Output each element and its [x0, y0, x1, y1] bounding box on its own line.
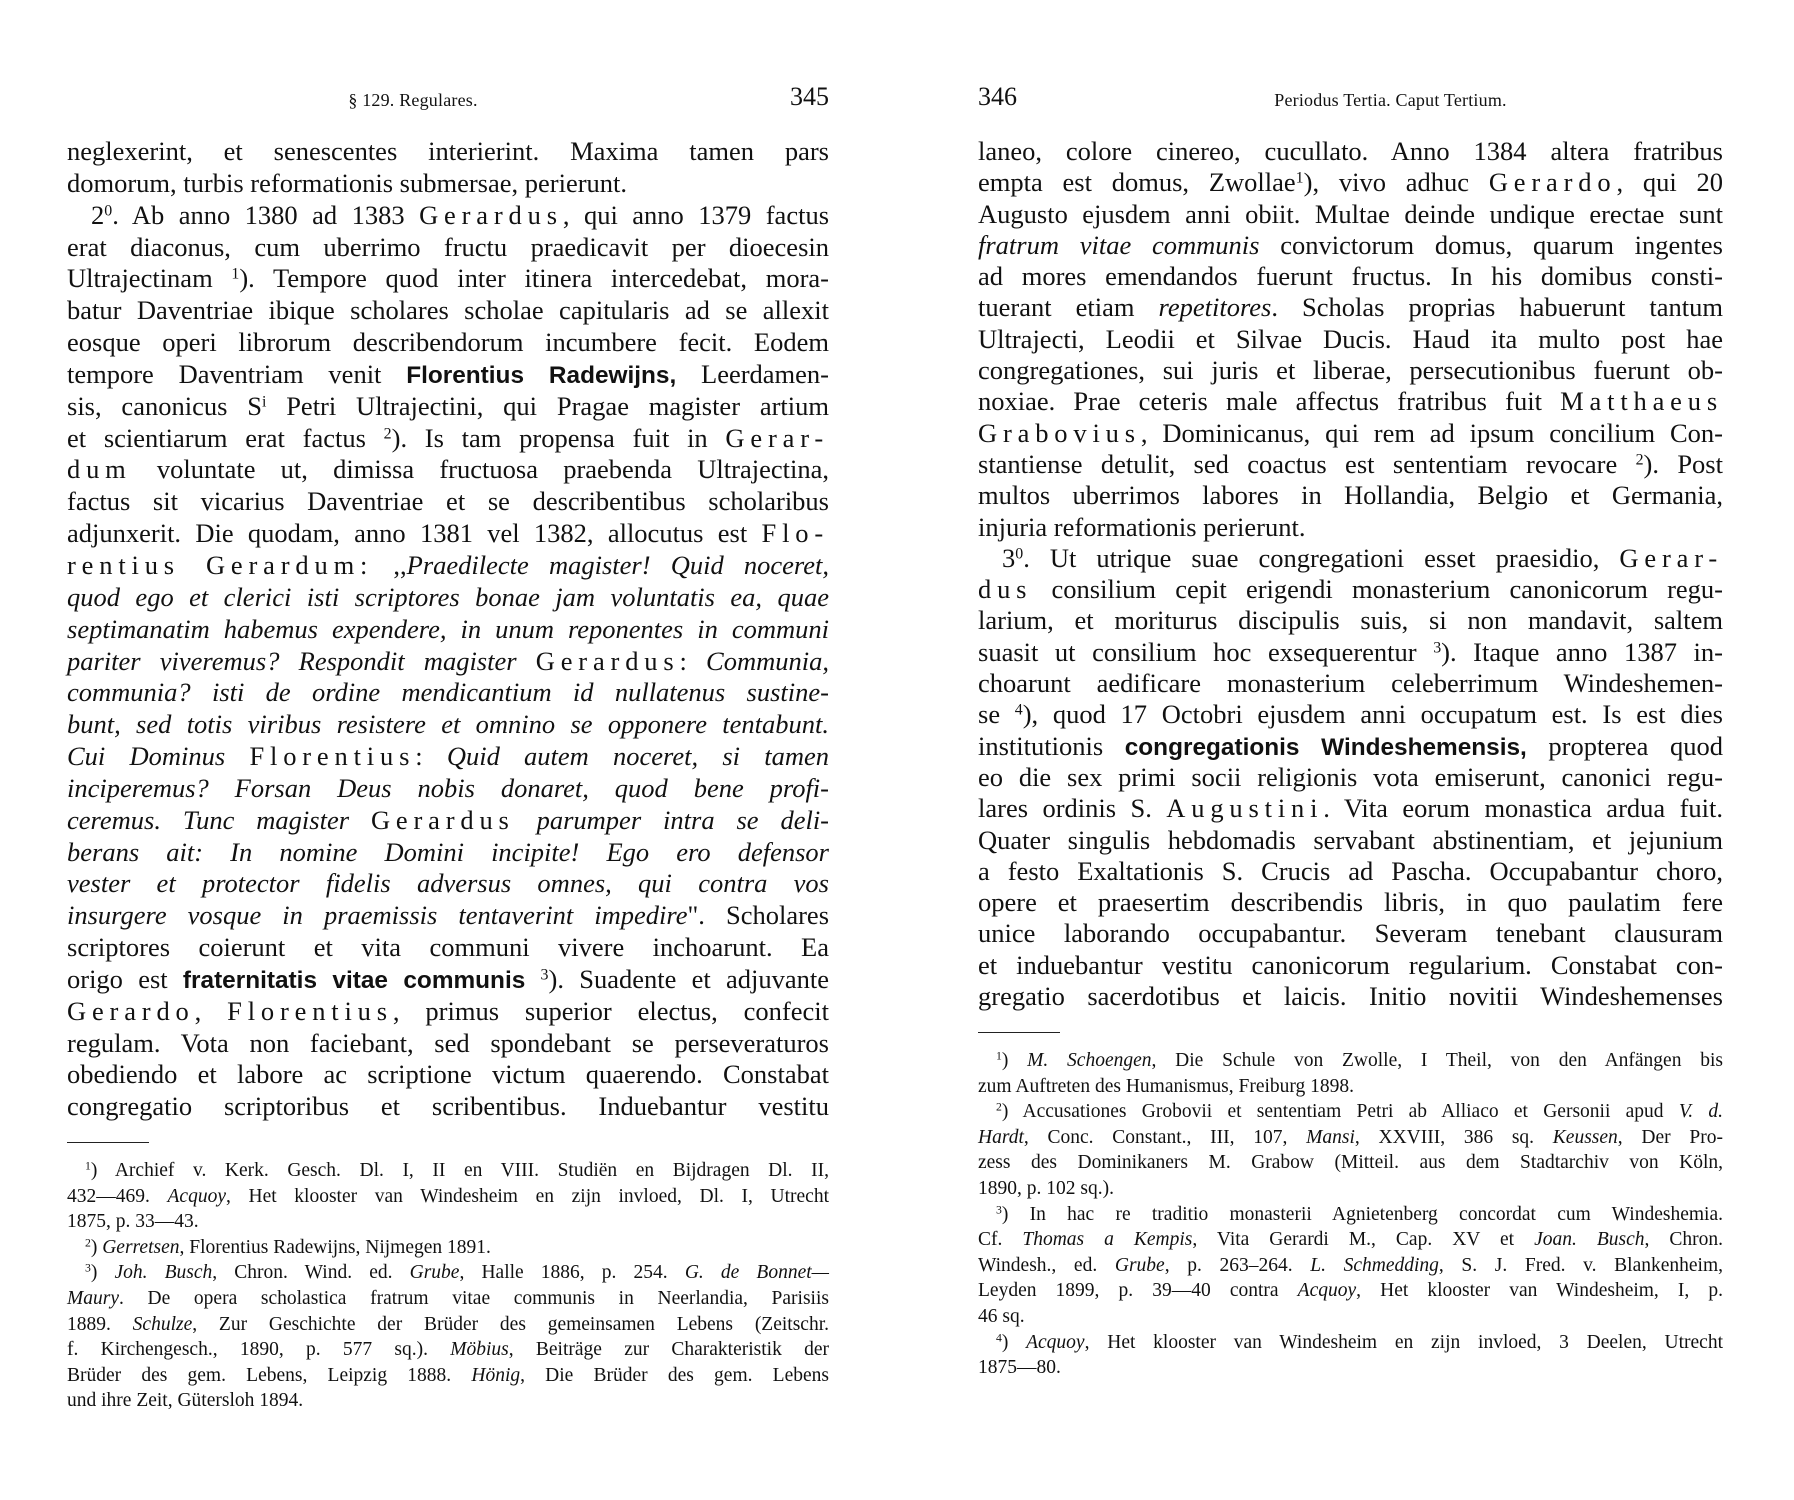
text-line: 1) Archief v. Kerk. Gesch. Dl. I, II en … — [67, 1158, 829, 1184]
text-run: unice laborando occupabantur. Severam te… — [978, 918, 1723, 948]
text-run: voluntate ut, dimissa fructuosa praebend… — [132, 454, 829, 484]
footnote-rule — [67, 1142, 149, 1143]
text-line: 30. Ut utrique suae congregationi esset … — [978, 543, 1723, 574]
text-run: parumper intra se deli- — [515, 805, 829, 835]
text-line: adjunxerit. Die quodam, anno 1381 vel 13… — [67, 518, 829, 550]
text-run: laneo, colore cinereo, cucullato. Anno 1… — [978, 136, 1723, 166]
text-run: Joh. Busch — [114, 1262, 212, 1283]
text-run: insurgere vosque in praemissis tentaveri… — [67, 900, 687, 930]
text-line: congregationes, sui juris et liberae, pe… — [978, 355, 1723, 386]
body-text: neglexerint, et senescentes interierint.… — [67, 136, 829, 1123]
text-run: Gerardus — [371, 805, 515, 835]
text-run: 1875, p. 33—43. — [67, 1211, 199, 1232]
text-run: , qui anno 1379 factus — [563, 200, 829, 230]
text-run: Florentius — [227, 996, 393, 1026]
text-run: 1875—80. — [978, 1357, 1061, 1378]
text-line: zess des Dominikaners M. Grabow (Mitteil… — [978, 1150, 1723, 1176]
text-run: , Het klooster van Windesheim en zijn in… — [1085, 1332, 1723, 1353]
text-run: ceremus. Tunc magister — [67, 805, 371, 835]
text-line: erat diaconus, cum uberrimo fructu praed… — [67, 232, 829, 264]
text-run: suasit ut consilium hoc exsequerentur — [978, 637, 1433, 667]
text-run: , Chron. Wind. ed. — [212, 1262, 409, 1283]
text-line: Ultrajecti, Leodii et Silvae Ducis. Haud… — [978, 324, 1723, 355]
footnote-marker: 4 — [1015, 702, 1023, 719]
text-line: Maury. De opera scholastica fratrum vita… — [67, 1286, 829, 1312]
text-run: L. Schmedding — [1310, 1255, 1439, 1276]
text-run: , Halle 1886, p. 254. — [459, 1262, 684, 1283]
text-line: Quater singulis hebdomadis servabant abs… — [978, 825, 1723, 856]
text-run: multos uberrimos labores in Hollandia, B… — [978, 480, 1723, 510]
text-run: ) — [1002, 1050, 1027, 1071]
text-line: Augusto ejusdem anni obiit. Multae deind… — [978, 199, 1723, 230]
text-run: , XXVIII, 386 sq. — [1355, 1127, 1553, 1148]
text-run: ) Archief v. Kerk. Gesch. Dl. I, II en V… — [91, 1160, 829, 1181]
text-run: , Conc. Constant., III, 107, — [1024, 1127, 1306, 1148]
text-run — [525, 964, 540, 994]
text-run: ) — [1002, 1332, 1026, 1353]
text-run: factus sit vicarius Daventriae et se des… — [67, 486, 829, 516]
footnote-marker: 1 — [1296, 170, 1304, 187]
text-line: septimanatim habemus expendere, in unum … — [67, 614, 829, 646]
footnote-marker: 3 — [541, 966, 549, 983]
text-run: Cf. — [978, 1229, 1022, 1250]
text-line: ceremus. Tunc magister Gerardus parumper… — [67, 805, 829, 837]
text-run: . Ab anno 1380 ad 1383 — [112, 200, 419, 230]
text-run: : — [680, 646, 707, 676]
text-run: neglexerint, et senescentes interierint.… — [67, 136, 829, 166]
text-run: communia? isti de ordine mendicantium id… — [67, 677, 829, 707]
text-run: consilium cepit erigendi monasterium can… — [1032, 574, 1723, 604]
page-number: 345 — [790, 82, 829, 112]
text-run: . Ut utrique suae congregationi esset pr… — [1023, 543, 1619, 573]
text-run: Grube — [410, 1262, 460, 1283]
text-run: Grube — [1115, 1255, 1165, 1276]
text-run: 432—469. — [67, 1186, 168, 1207]
text-run: quod ego et clerici isti scriptores bona… — [67, 582, 829, 612]
text-run: . De opera scholastica fratrum vitae com… — [119, 1288, 829, 1309]
text-line: et scientiarum erat factus 2). Is tam pr… — [67, 423, 829, 455]
text-line: communia? isti de ordine mendicantium id… — [67, 677, 829, 709]
text-run: dus — [978, 574, 1032, 604]
text-run: Quid autem noceret, si tamen — [447, 741, 829, 771]
text-line: 20. Ab anno 1380 ad 1383 Gerardus, qui a… — [67, 200, 829, 232]
text-run: eosque operi librorum describendorum inc… — [67, 327, 829, 357]
text-run: propterea quod — [1527, 731, 1723, 761]
text-run: Cui Dominus — [67, 741, 249, 771]
text-run: ). Suadente et adjuvante — [549, 964, 830, 994]
text-line: Cui Dominus Florentius: Quid autem nocer… — [67, 741, 829, 773]
text-run: adjunxerit. Die quodam, anno 1381 vel 13… — [67, 518, 762, 548]
text-line: bunt, sed totis viribus resistere et omn… — [67, 709, 829, 741]
text-run: ) — [91, 1237, 102, 1258]
text-run: a festo Exaltationis S. Crucis ad Pascha… — [978, 856, 1723, 886]
text-run: noxiae. Prae ceteris male affectus fratr… — [978, 386, 1560, 416]
footnote-marker: 3 — [1433, 639, 1441, 656]
text-run: Augustini — [1166, 793, 1323, 823]
text-run: 1890, p. 102 sq.). — [978, 1178, 1114, 1199]
footnote-marker: 2 — [1636, 451, 1644, 468]
text-run: Thomas a Kempis — [1022, 1229, 1192, 1250]
text-run: , qui 20 — [1616, 167, 1723, 197]
text-line: Grabovius, Dominicanus, qui rem ad ipsum… — [978, 418, 1723, 449]
text-line: 3) Joh. Busch, Chron. Wind. ed. Grube, H… — [67, 1260, 829, 1286]
text-run: stantiense detulit, sed coactus est sent… — [978, 449, 1636, 479]
text-line: stantiense detulit, sed coactus est sent… — [978, 449, 1723, 480]
text-run: , p. 263–264. — [1165, 1255, 1311, 1276]
text-run: Hönig — [471, 1365, 520, 1386]
text-line: insurgere vosque in praemissis tentaveri… — [67, 900, 829, 932]
text-run: obediendo et labore ac scriptione victum… — [67, 1059, 829, 1089]
text-run: ). Tempore quod inter itinera intercedeb… — [239, 263, 829, 293]
text-run: ) Accusationes Grobovii et sententiam Pe… — [1002, 1101, 1679, 1122]
text-run: V. d. — [1679, 1101, 1723, 1122]
text-line: domorum, turbis reformationis submersae,… — [67, 168, 829, 200]
text-run: Gerretsen — [102, 1237, 179, 1258]
text-line: quod ego et clerici isti scriptores bona… — [67, 582, 829, 614]
text-run: scriptores coierunt et vita communi vive… — [67, 932, 829, 962]
text-run: tempore Daventriam venit — [67, 359, 406, 389]
text-run: Communia, — [706, 646, 829, 676]
text-line: dus consilium cepit erigendi monasterium… — [978, 574, 1723, 605]
text-run: tuerant etiam — [978, 292, 1159, 322]
text-run: , Het klooster van Windesheim, I, p. — [1356, 1280, 1723, 1301]
text-run: Augusto ejusdem anni obiit. Multae deind… — [978, 199, 1723, 229]
text-run: injuria reformationis perierunt. — [978, 512, 1305, 542]
text-run: . Scholas proprias habuerunt tantum — [1271, 292, 1723, 322]
text-run: ), vivo adhuc — [1304, 167, 1489, 197]
text-line: 432—469. Acquoy, Het klooster van Windes… — [67, 1184, 829, 1210]
text-run: , primus superior electus, confecit — [393, 996, 829, 1026]
text-run: batur Daventriae ibique scholares schola… — [67, 295, 829, 325]
text-run: , Dominicanus, qui rem ad ipsum conciliu… — [1141, 418, 1723, 448]
text-run: ) In hac re traditio monasterii Agnieten… — [1002, 1204, 1723, 1225]
text-run: , Zur Geschichte der Brüder des gemeinsa… — [192, 1314, 829, 1335]
text-line: sis, canonicus Si Petri Ultrajectini, qu… — [67, 391, 829, 423]
text-run: 3 — [1002, 543, 1015, 573]
text-line: pariter viveremus? Respondit magister Ge… — [67, 646, 829, 678]
text-line: 2) Accusationes Grobovii et sententiam P… — [978, 1099, 1723, 1125]
text-line: 46 sq. — [978, 1304, 1723, 1330]
text-run: f. Kirchengesch., 1890, p. 577 sq.). — [67, 1339, 450, 1360]
text-run: Hardt — [978, 1127, 1024, 1148]
footnote-rule — [978, 1032, 1060, 1033]
text-run: institutionis — [978, 731, 1125, 761]
text-line: suasit ut consilium hoc exsequerentur 3)… — [978, 637, 1723, 668]
text-run: zum Auftreten des Humanismus, Freiburg 1… — [978, 1076, 1354, 1097]
text-line: eo die sex primi socii religionis vota e… — [978, 762, 1723, 793]
text-line: Windesh., ed. Grube, p. 263–264. L. Schm… — [978, 1253, 1723, 1279]
text-line: eosque operi librorum describendorum inc… — [67, 327, 829, 359]
text-line: origo est fraternitatis vitae communis 3… — [67, 964, 829, 996]
text-line: 1889. Schulze, Zur Geschichte der Brüder… — [67, 1312, 829, 1338]
text-line: Leyden 1899, p. 39—40 contra Acquoy, Het… — [978, 1278, 1723, 1304]
text-line: obediendo et labore ac scriptione victum… — [67, 1059, 829, 1091]
text-run: dum — [67, 454, 132, 484]
text-line: dum voluntate ut, dimissa fructuosa prae… — [67, 454, 829, 486]
text-run: Brüder des gem. Lebens, Leipzig 1888. — [67, 1365, 471, 1386]
text-run: congregatio scriptoribus et scribentibus… — [67, 1091, 829, 1121]
text-run: 2 — [91, 200, 104, 230]
text-run: Gerar- — [1619, 543, 1723, 573]
text-run: erat diaconus, cum uberrimo fructu praed… — [67, 232, 829, 262]
footnote-marker: 0 — [1015, 545, 1023, 562]
text-line: a festo Exaltationis S. Crucis ad Pascha… — [978, 856, 1723, 887]
text-run: ). Is tam propensa fuit in — [392, 423, 726, 453]
text-line: inciperemus? Forsan Deus nobis donaret, … — [67, 773, 829, 805]
text-run: origo est — [67, 964, 183, 994]
text-line: Gerardo, Florentius, primus superior ele… — [67, 996, 829, 1028]
footnotes: 1) Archief v. Kerk. Gesch. Dl. I, II en … — [67, 1158, 829, 1414]
text-run: et scientiarum erat factus — [67, 423, 384, 453]
text-line: f. Kirchengesch., 1890, p. 577 sq.). Möb… — [67, 1337, 829, 1363]
text-line: zum Auftreten des Humanismus, Freiburg 1… — [978, 1074, 1723, 1100]
text-line: laneo, colore cinereo, cucullato. Anno 1… — [978, 136, 1723, 167]
text-run: se — [978, 699, 1015, 729]
text-run: ) — [91, 1262, 115, 1283]
text-line: und ihre Zeit, Gütersloh 1894. — [67, 1388, 829, 1414]
text-run: Gerardus — [536, 646, 680, 676]
text-run: ". Scholares — [687, 900, 829, 930]
text-run: ). Itaque anno 1387 in- — [1441, 637, 1723, 667]
text-run: Quater singulis hebdomadis servabant abs… — [978, 825, 1723, 855]
text-run: Acquoy — [1026, 1332, 1084, 1353]
text-run: , Florentius Radewijns, Nijmegen 1891. — [179, 1237, 490, 1258]
text-line: Cf. Thomas a Kempis, Vita Gerardi M., Ca… — [978, 1227, 1723, 1253]
text-run: berans ait: In nomine Domini incipite! E… — [67, 837, 829, 867]
text-run: ), quod 17 Octobri ejusdem anni occupatu… — [1023, 699, 1723, 729]
text-run: 46 sq. — [978, 1306, 1025, 1327]
text-run: ad mores emendandos fuerunt fructus. In … — [978, 261, 1723, 291]
text-line: multos uberrimos labores in Hollandia, B… — [978, 480, 1723, 511]
text-run: larium, et moriturus discipulis suis, si… — [978, 605, 1723, 635]
footnote-marker: 0 — [104, 202, 112, 219]
text-run: Gerar- — [725, 423, 829, 453]
text-run: , — [195, 996, 228, 1026]
text-line: gregatio sacerdotibus et laicis. Initio … — [978, 981, 1723, 1012]
text-run: zess des Dominikaners M. Grabow (Mitteil… — [978, 1152, 1723, 1173]
text-run: Florentius — [249, 741, 415, 771]
text-run: Keussen — [1553, 1127, 1618, 1148]
text-run: , S. J. Fred. v. Blankenheim, — [1439, 1255, 1723, 1276]
text-run: Schulze — [133, 1314, 193, 1335]
text-run: repetitores — [1159, 292, 1272, 322]
text-line: fratrum vitae communis convictorum domus… — [978, 230, 1723, 261]
text-line: injuria reformationis perierunt. — [978, 512, 1723, 543]
text-run: Florentius Radewijns, — [406, 362, 676, 389]
text-run: , Het klooster van Windesheim en zijn in… — [226, 1186, 829, 1207]
text-line: choarunt aedificare monasterium celeberr… — [978, 668, 1723, 699]
text-run: et induebantur vestitu canonicorum regul… — [978, 950, 1723, 980]
text-line: 4) Acquoy, Het klooster van Windesheim e… — [978, 1330, 1723, 1356]
text-line: tempore Daventriam venit Florentius Rade… — [67, 359, 829, 391]
text-line: 1875, p. 33—43. — [67, 1209, 829, 1235]
text-line: lares ordinis S. Augustini. Vita eorum m… — [978, 793, 1723, 824]
text-line: 2) Gerretsen, Florentius Radewijns, Nijm… — [67, 1235, 829, 1261]
text-run: Gerardo — [67, 996, 195, 1026]
text-run: fraternitatis vitae communis — [183, 967, 525, 994]
text-run: ). Post — [1644, 449, 1723, 479]
text-line: scriptores coierunt et vita communi vive… — [67, 932, 829, 964]
text-run: congregationes, sui juris et liberae, pe… — [978, 355, 1723, 385]
text-run: vester et protector fidelis adversus omn… — [67, 868, 829, 898]
text-line: noxiae. Prae ceteris male affectus fratr… — [978, 386, 1723, 417]
text-line: neglexerint, et senescentes interierint.… — [67, 136, 829, 168]
text-run: Maury — [67, 1288, 119, 1309]
text-run: bunt, sed totis viribus resistere et omn… — [67, 709, 829, 739]
text-run: convictorum domus, quarum ingentes — [1259, 230, 1723, 260]
text-run: 1889. — [67, 1314, 133, 1335]
text-run: M. Schoengen — [1027, 1050, 1151, 1071]
text-line: congregatio scriptoribus et scribentibus… — [67, 1091, 829, 1123]
text-run: Windesh., ed. — [978, 1255, 1115, 1276]
text-line: se 4), quod 17 Octobri ejusdem anni occu… — [978, 699, 1723, 730]
footnote-marker: 2 — [384, 425, 392, 442]
text-line: unice laborando occupabantur. Severam te… — [978, 918, 1723, 949]
text-run: Gerardo — [1489, 167, 1617, 197]
text-run: , Der Pro- — [1618, 1127, 1723, 1148]
text-run: rentius Gerardum: — [67, 550, 373, 580]
text-line: opere et praesertim describendis libris,… — [978, 887, 1723, 918]
text-run: Möbius — [450, 1339, 509, 1360]
text-run: opere et praesertim describendis libris,… — [978, 887, 1723, 917]
running-head-left: § 129. Regulares. 345 — [67, 82, 829, 112]
text-run: Petri Ultrajectini, qui Pragae magister … — [266, 391, 829, 421]
text-run: Mansi — [1306, 1127, 1355, 1148]
running-head-right: 346 Periodus Tertia. Caput Tertium. — [978, 82, 1723, 112]
text-run: eo die sex primi socii religionis vota e… — [978, 762, 1723, 792]
text-line: vester et protector fidelis adversus omn… — [67, 868, 829, 900]
text-line: Brüder des gem. Lebens, Leipzig 1888. Hö… — [67, 1363, 829, 1389]
text-run: gregatio sacerdotibus et laicis. Initio … — [978, 981, 1723, 1011]
text-run: sis, canonicus S — [67, 391, 262, 421]
text-line: rentius Gerardum: ,,Praedilecte magister… — [67, 550, 829, 582]
text-run: inciperemus? Forsan Deus nobis donaret, … — [67, 773, 829, 803]
text-run: Gerardus — [419, 200, 563, 230]
text-line: 3) In hac re traditio monasterii Agniete… — [978, 1202, 1723, 1228]
text-run: , Chron. — [1645, 1229, 1724, 1250]
text-run: , Die Schule von Zwolle, I Theil, von de… — [1152, 1050, 1723, 1071]
page-number: 346 — [978, 82, 1017, 112]
text-line: regulam. Vota non faciebant, sed spondeb… — [67, 1028, 829, 1060]
text-line: et induebantur vestitu canonicorum regul… — [978, 950, 1723, 981]
text-run: Flo- — [762, 518, 830, 548]
text-line: 1890, p. 102 sq.). — [978, 1176, 1723, 1202]
text-run: lares ordinis S. — [978, 793, 1166, 823]
section-title: § 129. Regulares. — [267, 90, 559, 111]
text-run: ,, — [373, 550, 406, 580]
text-run: domorum, turbis reformationis submersae,… — [67, 168, 627, 198]
text-run: und ihre Zeit, Gütersloh 1894. — [67, 1390, 303, 1411]
text-line: ad mores emendandos fuerunt fructus. In … — [978, 261, 1723, 292]
text-run: , Beiträge zur Charakteristik der — [509, 1339, 829, 1360]
text-line: Hardt, Conc. Constant., III, 107, Mansi,… — [978, 1125, 1723, 1151]
text-run: G. de Bonnet— — [685, 1262, 829, 1283]
text-line: 1) M. Schoengen, Die Schule von Zwolle, … — [978, 1048, 1723, 1074]
text-run: Matthaeus — [1560, 386, 1723, 416]
body-text: laneo, colore cinereo, cucullato. Anno 1… — [978, 136, 1723, 1012]
text-run: Leyden 1899, p. 39—40 contra — [978, 1280, 1298, 1301]
text-line: larium, et moriturus discipulis suis, si… — [978, 605, 1723, 636]
text-run: choarunt aedificare monasterium celeberr… — [978, 668, 1723, 698]
text-run: Ultrajecti, Leodii et Silvae Ducis. Haud… — [978, 324, 1723, 354]
text-run: Ultrajectinam — [67, 263, 231, 293]
chapter-title: Periodus Tertia. Caput Tertium. — [1178, 90, 1603, 111]
text-run: , Vita Gerardi M., Cap. XV et — [1192, 1229, 1534, 1250]
text-line: factus sit vicarius Daventriae et se des… — [67, 486, 829, 518]
text-line: institutionis congregationis Windeshemen… — [978, 731, 1723, 762]
text-line: empta est domus, Zwollae1), vivo adhuc G… — [978, 167, 1723, 198]
text-run: Leerdamen- — [676, 359, 829, 389]
text-line: berans ait: In nomine Domini incipite! E… — [67, 837, 829, 869]
text-run: pariter viveremus? Respondit magister — [67, 646, 536, 676]
text-line: Ultrajectinam 1). Tempore quod inter iti… — [67, 263, 829, 295]
footnotes: 1) M. Schoengen, Die Schule von Zwolle, … — [978, 1048, 1723, 1381]
text-run: empta est domus, Zwollae — [978, 167, 1296, 197]
text-run: Praedilecte magister! Quid noceret, — [407, 550, 829, 580]
text-run: Joan. Busch — [1534, 1229, 1644, 1250]
text-run: regulam. Vota non faciebant, sed spondeb… — [67, 1028, 829, 1058]
text-run: Acquoy — [1298, 1280, 1356, 1301]
text-run: congregationis Windeshemensis, — [1125, 734, 1527, 761]
text-line: 1875—80. — [978, 1355, 1723, 1381]
text-run: . Vita eorum monastica ardua fuit. — [1323, 793, 1723, 823]
text-line: tuerant etiam repetitores. Scholas propr… — [978, 292, 1723, 323]
text-run: , Die Brüder des gem. Lebens — [520, 1365, 829, 1386]
text-run: Acquoy — [168, 1186, 226, 1207]
text-line: batur Daventriae ibique scholares schola… — [67, 295, 829, 327]
text-run: : — [415, 741, 447, 771]
text-run: fratrum vitae communis — [978, 230, 1259, 260]
text-run: Grabovius — [978, 418, 1141, 448]
text-run: septimanatim habemus expendere, in unum … — [67, 614, 829, 644]
